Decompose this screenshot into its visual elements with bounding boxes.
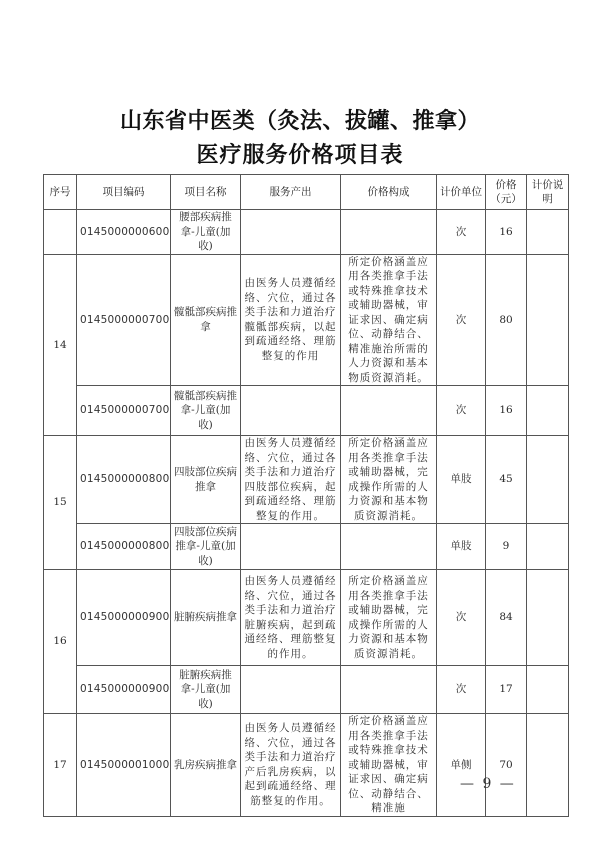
header-unit: 计价单位 [437,175,486,210]
cell-seq: 15 [44,436,77,570]
cell-price: 70 [486,714,527,817]
cell-output [241,386,341,436]
header-output: 服务产出 [241,175,341,210]
cell-composition [341,210,437,255]
cell-note [527,436,569,524]
cell-unit: 次 [437,666,486,714]
header-composition: 价格构成 [341,175,437,210]
cell-code: 014500000090000 [77,570,171,666]
table-row: 14 014500000070000 髋骶部疾病推拿 由医务人员遵循经络、穴位，… [44,254,569,386]
cell-code: 014500000070001 [77,386,171,436]
cell-code: 014500000100000 [77,714,171,817]
cell-note [527,210,569,255]
cell-price: 80 [486,254,527,386]
cell-name: 乳房疾病推拿 [171,714,241,817]
cell-unit: 单侧 [437,714,486,817]
header-seq: 序号 [44,175,77,210]
table-row: 014500000090001 脏腑疾病推拿-儿童(加收) 次 17 [44,666,569,714]
price-table: 序号 项目编码 项目名称 服务产出 价格构成 计价单位 价格（元） 计价说明 0… [43,174,569,817]
cell-code: 014500000070000 [77,254,171,386]
cell-price: 16 [486,386,527,436]
cell-price: 17 [486,666,527,714]
header-note: 计价说明 [527,175,569,210]
cell-name: 四肢部位疾病推拿 [171,436,241,524]
cell-unit: 单肢 [437,436,486,524]
cell-composition [341,524,437,570]
cell-composition [341,666,437,714]
header-name: 项目名称 [171,175,241,210]
cell-composition: 所定价格涵盖应用各类推拿手法或特殊推拿技术或辅助器械，审证求因、确定病位、动静结… [341,714,437,817]
cell-name: 髋骶部疾病推拿-儿童(加收) [171,386,241,436]
table-row: 17 014500000100000 乳房疾病推拿 由医务人员遵循经络、穴位，通… [44,714,569,817]
table-header-row: 序号 项目编码 项目名称 服务产出 价格构成 计价单位 价格（元） 计价说明 [44,175,569,210]
header-code: 项目编码 [77,175,171,210]
cell-composition: 所定价格涵盖应用各类推拿手法或辅助器械，完成操作所需的人力资源和基本物质资源消耗… [341,436,437,524]
page-number: — 9 — [460,776,516,792]
cell-name: 四肢部位疾病推拿-儿童(加收) [171,524,241,570]
cell-output: 由医务人员遵循经络、穴位，通过各类手法和力道治疗四肢部位疾病，起到疏通经络、理筋… [241,436,341,524]
cell-composition: 所定价格涵盖应用各类推拿手法或辅助器械，完成操作所需的人力资源和基本物质资源消耗… [341,570,437,666]
cell-name: 脏腑疾病推拿-儿童(加收) [171,666,241,714]
cell-note [527,714,569,817]
cell-output [241,524,341,570]
cell-unit: 次 [437,570,486,666]
cell-note [527,386,569,436]
cell-name: 腰部疾病推拿-儿童(加收) [171,210,241,255]
cell-note [527,666,569,714]
cell-composition [341,386,437,436]
cell-code: 014500000080000 [77,436,171,524]
cell-seq: 14 [44,254,77,436]
table-row: 16 014500000090000 脏腑疾病推拿 由医务人员遵循经络、穴位，通… [44,570,569,666]
cell-output [241,210,341,255]
cell-note [527,254,569,386]
cell-name: 髋骶部疾病推拿 [171,254,241,386]
cell-unit: 单肢 [437,524,486,570]
document-title-line2: 医疗服务价格项目表 [0,138,600,169]
cell-code: 014500000060001 [77,210,171,255]
cell-seq: 16 [44,570,77,714]
cell-seq [44,210,77,255]
cell-output [241,666,341,714]
cell-seq: 17 [44,714,77,817]
cell-unit: 次 [437,210,486,255]
table-row: 15 014500000080000 四肢部位疾病推拿 由医务人员遵循经络、穴位… [44,436,569,524]
cell-unit: 次 [437,254,486,386]
cell-code: 014500000080001 [77,524,171,570]
cell-note [527,524,569,570]
table-row: 014500000080001 四肢部位疾病推拿-儿童(加收) 单肢 9 [44,524,569,570]
cell-price: 9 [486,524,527,570]
cell-output: 由医务人员遵循经络、穴位，通过各类手法和力道治疗髋骶部疾病，以起到疏通经络、理筋… [241,254,341,386]
cell-code: 014500000090001 [77,666,171,714]
cell-price: 84 [486,570,527,666]
cell-price: 45 [486,436,527,524]
cell-output: 由医务人员遵循经络、穴位，通过各类手法和力道治疗脏腑疾病，起到疏通经络、理筋整复… [241,570,341,666]
table-row: 014500000060001 腰部疾病推拿-儿童(加收) 次 16 [44,210,569,255]
document-title-line1: 山东省中医类（灸法、拔罐、推拿） [0,104,600,135]
cell-output: 由医务人员遵循经络、穴位，通过各类手法和力道治疗产后乳房疾病，以起到疏通经络、理… [241,714,341,817]
cell-price: 16 [486,210,527,255]
header-price: 价格（元） [486,175,527,210]
cell-unit: 次 [437,386,486,436]
cell-composition: 所定价格涵盖应用各类推拿手法或特殊推拿技术或辅助器械，审证求因、确定病位、动静结… [341,254,437,386]
cell-note [527,570,569,666]
table-row: 014500000070001 髋骶部疾病推拿-儿童(加收) 次 16 [44,386,569,436]
cell-name: 脏腑疾病推拿 [171,570,241,666]
